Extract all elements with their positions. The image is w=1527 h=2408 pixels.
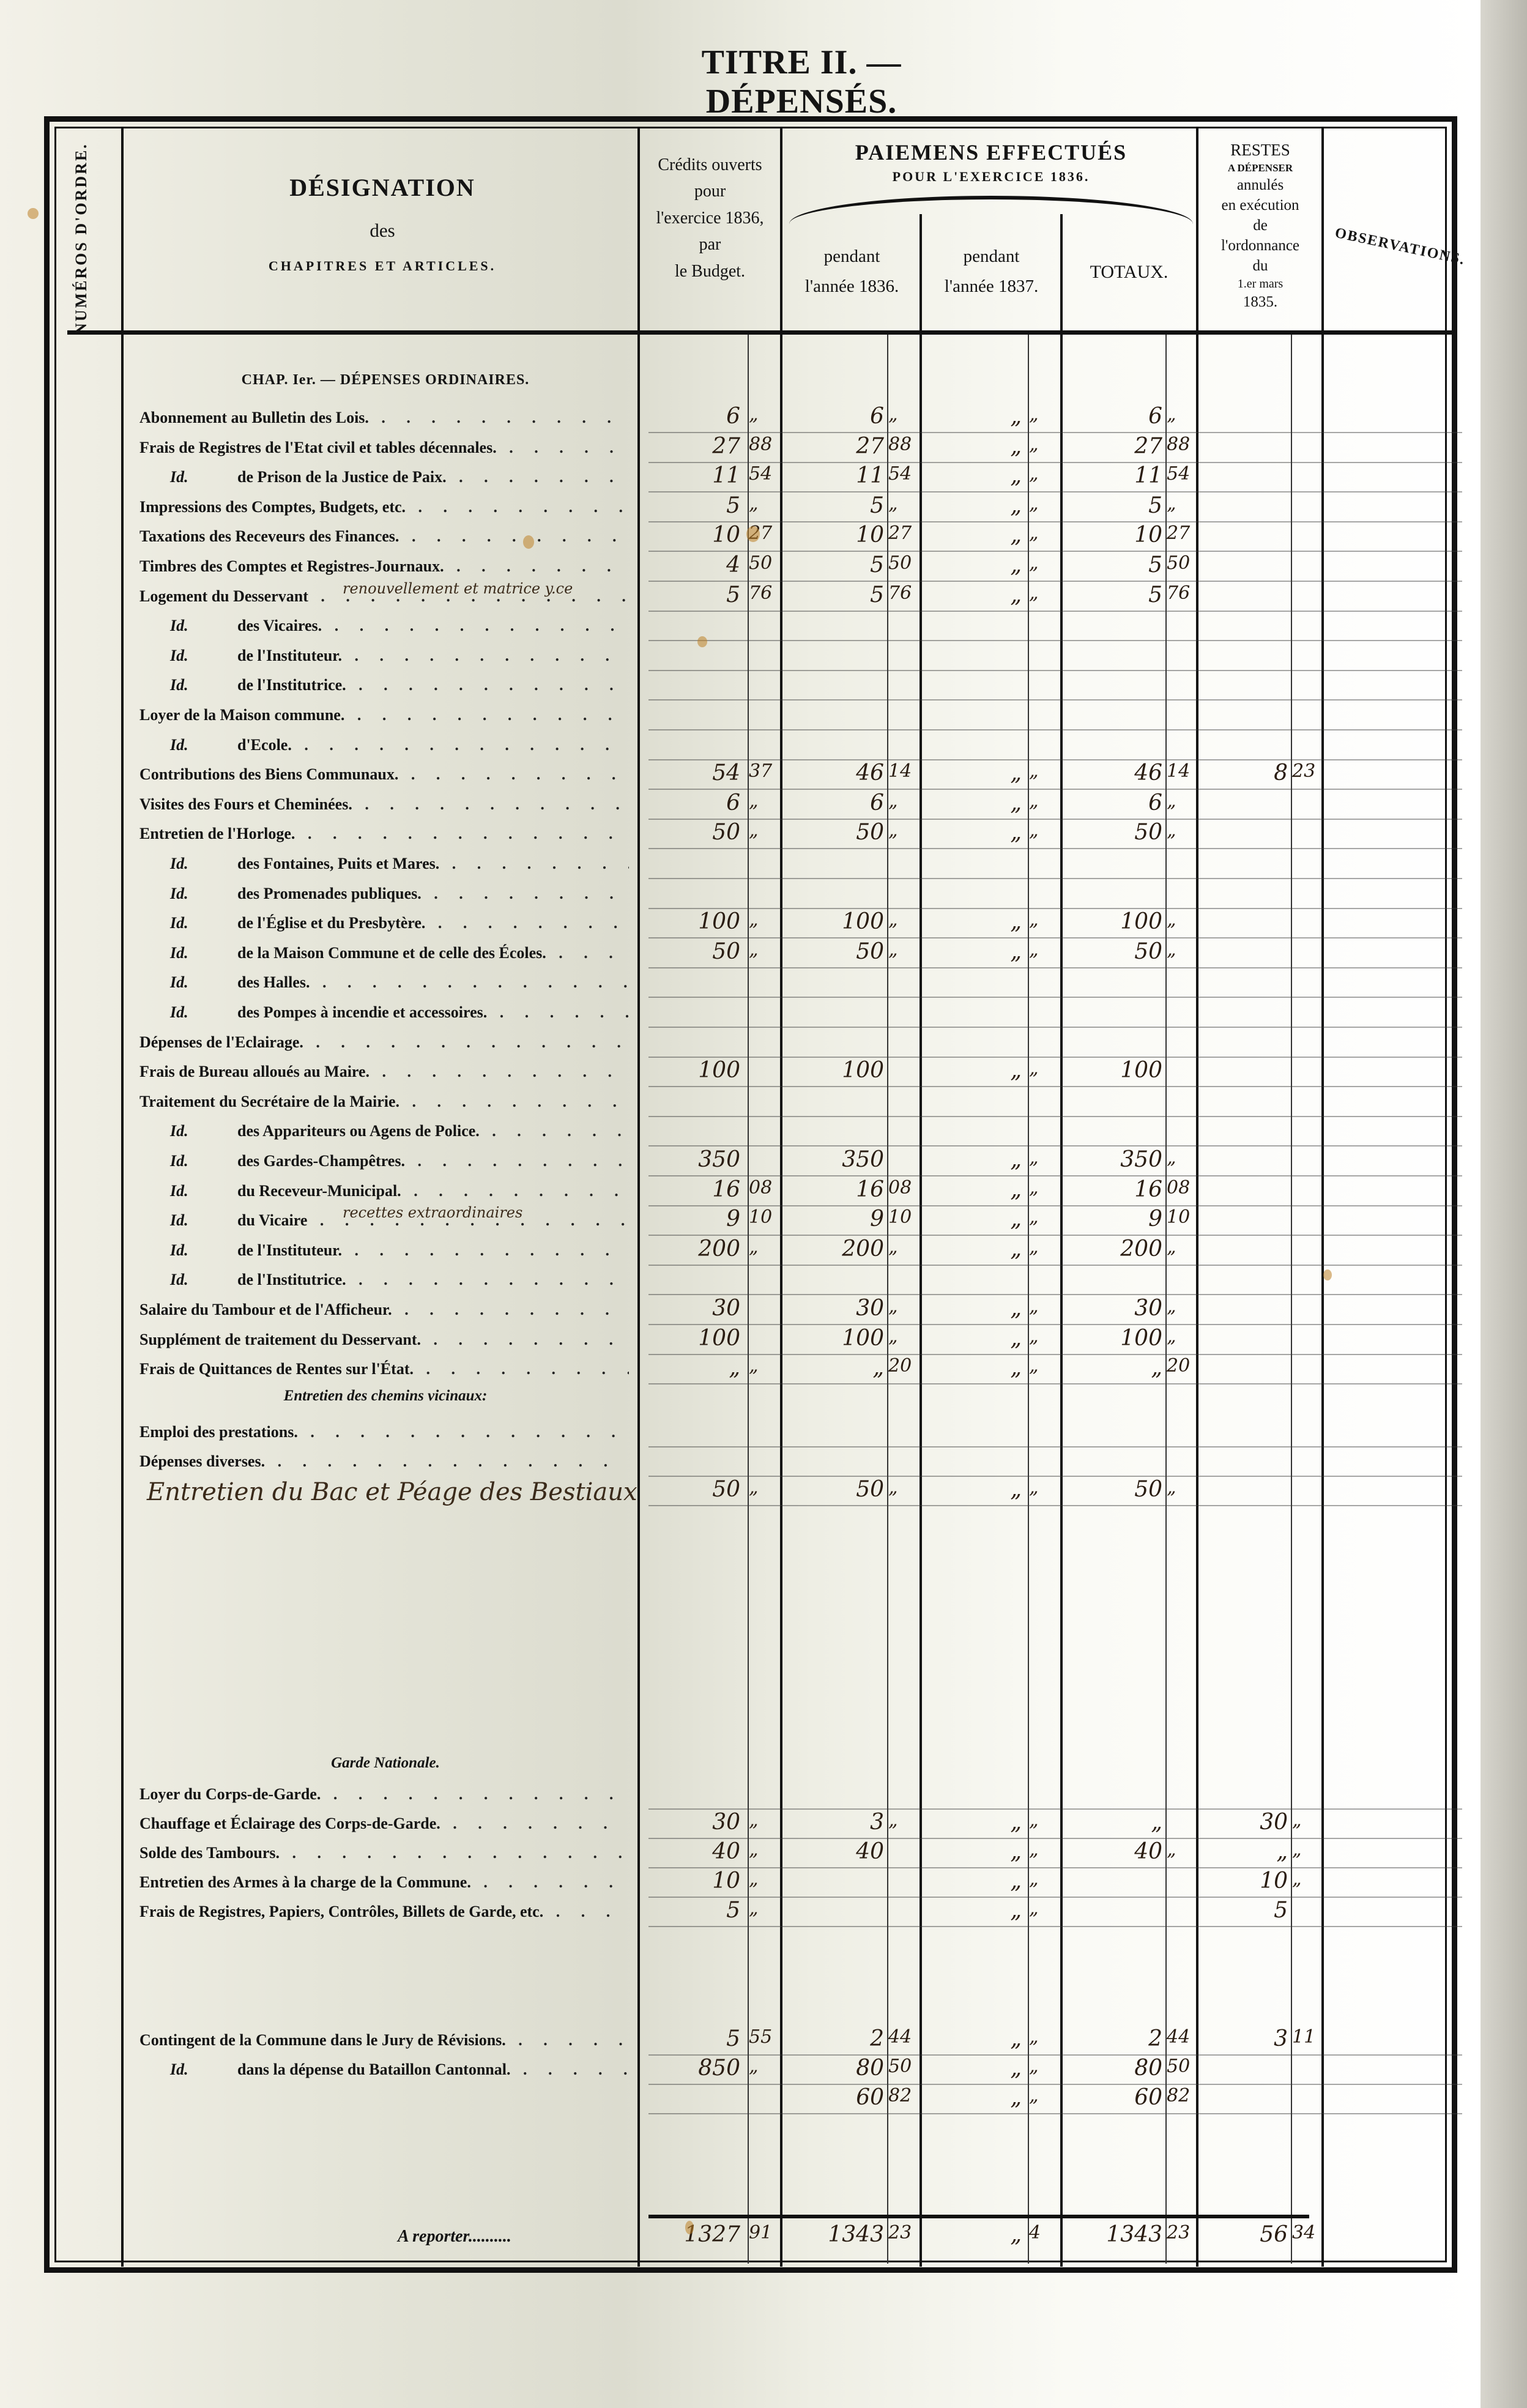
paid-1837-centimes: „ <box>1029 1810 1058 1831</box>
paid-1837-francs: „ <box>930 1355 1022 1380</box>
header-restes-line4: en exécution <box>1199 195 1321 215</box>
paid-1836-francs: 5 <box>789 493 884 518</box>
paid-1837-centimes: „ <box>1029 1177 1058 1198</box>
row-designation: Frais de Quittances de Rentes sur l'État… <box>139 1360 414 1378</box>
total-centimes: 50 <box>1167 552 1196 574</box>
leader-dots: . . . . . . . . . . . . . . . . . . . . … <box>370 1063 629 1080</box>
credit-centimes: „ <box>749 939 778 961</box>
leader-dots: . . . . . . . . . . . . . . . . . . . . … <box>265 1452 629 1470</box>
paid-1837-centimes: „ <box>1029 552 1058 574</box>
total-francs: 16 <box>1068 1177 1162 1202</box>
paid-1837-centimes: „ <box>1029 1868 1058 1890</box>
paid-1837-centimes: „ <box>1029 939 1058 961</box>
credit-centimes: „ <box>749 1236 778 1258</box>
paid-1837-francs: „ <box>930 939 1022 964</box>
row-label: Solde des Tambours. . . . . . . . . . . … <box>139 1844 629 1868</box>
paid-1836-centimes: 27 <box>888 522 918 544</box>
totals-paid-1837-francs: „ <box>930 2222 1022 2247</box>
credit-francs: 10 <box>648 522 740 548</box>
leader-dots: . . . . . . . . . . . . . . . . . . . . … <box>369 409 629 426</box>
paid-1836-francs: 10 <box>789 522 884 548</box>
restes-centimes: „ <box>1292 1810 1320 1831</box>
credit-francs: 6 <box>648 790 740 816</box>
id-abbrev: Id. <box>139 944 237 962</box>
row-label: Abonnement au Bulletin des Lois. . . . .… <box>139 409 629 433</box>
credit-centimes: „ <box>749 1810 778 1831</box>
totals-paid-1836-centimes: 23 <box>888 2222 918 2243</box>
row-designation: de l'Institutrice. <box>237 676 346 694</box>
row-rule <box>648 2113 1462 2114</box>
leader-dots: . . . . . . . . . . . . . . . . . . . . … <box>425 914 629 932</box>
paid-1837-francs: „ <box>930 582 1022 608</box>
leader-dots: . . . . . . . . . . . . . . . . . . . . … <box>439 855 629 872</box>
header-totaux: TOTAUX. <box>1063 260 1195 285</box>
header-bottom-rule <box>67 330 1456 335</box>
paid-1836-centimes: 08 <box>888 1177 918 1198</box>
totals-restes-centimes: 34 <box>1292 2222 1320 2243</box>
paid-1836-francs: 350 <box>789 1147 884 1172</box>
row-rule <box>648 611 1462 612</box>
row-designation: Visites des Fours et Cheminées. <box>139 795 352 813</box>
leader-dots: . . . . . . . . . . . . . . . . . . . . … <box>352 795 629 813</box>
credit-francs: 200 <box>648 1236 740 1262</box>
paid-1836-francs: 30 <box>789 1296 884 1321</box>
credit-francs: 10 <box>648 1868 740 1893</box>
credit-francs: „ <box>648 1355 740 1380</box>
total-francs: 5 <box>1068 493 1162 518</box>
credit-francs: 9 <box>648 1206 740 1232</box>
totals-restes-francs: 56 <box>1202 2222 1288 2247</box>
total-francs: 5 <box>1068 582 1162 608</box>
total-francs: 80 <box>1068 2056 1162 2081</box>
credit-francs: 5 <box>648 493 740 518</box>
header-restes-line5: de <box>1199 215 1321 236</box>
paid-1836-centimes: „ <box>888 404 918 425</box>
leader-dots: . . . . . . . . . . . . . . . . . . . . … <box>399 1093 629 1110</box>
header-designation: DÉSIGNATION des CHAPITRES ET ARTICLES. <box>128 171 636 275</box>
credit-francs: 5 <box>648 2026 740 2051</box>
paid-1837-francs: „ <box>930 404 1022 429</box>
total-francs: 5 <box>1068 552 1162 578</box>
paid-1837-francs: „ <box>930 790 1022 816</box>
credit-centimes: 76 <box>749 582 778 604</box>
total-francs: 50 <box>1068 939 1162 964</box>
row-designation: Dépenses diverses. <box>139 1452 265 1470</box>
credit-centimes: 88 <box>749 434 778 455</box>
leader-dots: . . . . . . . . . . . . . . . . . . . . … <box>346 1271 629 1288</box>
id-abbrev: Id. <box>139 676 237 694</box>
paid-1837-centimes: „ <box>1029 2026 1058 2048</box>
row-rule <box>648 967 1462 968</box>
totals-credit-francs: 1327 <box>648 2222 740 2247</box>
paid-1837-francs: „ <box>930 909 1022 934</box>
total-francs: 9 <box>1068 1206 1162 1232</box>
total-centimes: 10 <box>1167 1206 1196 1228</box>
paid-1837-francs: „ <box>930 1810 1022 1835</box>
leader-dots: . . . . . . . . . . . . . . . . . . . . … <box>344 706 629 724</box>
row-designation: des Fontaines, Puits et Mares. <box>237 855 439 872</box>
total-francs: „ <box>1068 1355 1162 1380</box>
stain <box>28 208 39 219</box>
total-francs: 11 <box>1068 463 1162 488</box>
total-francs: 27 <box>1068 434 1162 459</box>
total-francs: 50 <box>1068 820 1162 845</box>
paid-1837-centimes: „ <box>1029 1058 1058 1079</box>
credit-francs: 27 <box>648 434 740 459</box>
row-designation: Entretien des Armes à la charge de la Co… <box>139 1873 471 1891</box>
row-rule <box>648 1116 1462 1117</box>
total-francs: 40 <box>1068 1839 1162 1864</box>
paid-1836-francs: 50 <box>789 939 884 964</box>
credit-francs: 16 <box>648 1177 740 1202</box>
header-numeros-ordre: NUMÉROS D'ORDRE. <box>72 141 102 336</box>
chapter-heading: CHAP. Ier. — DÉPENSES ORDINAIRES. <box>128 372 642 388</box>
row-designation: de l'Instituteur. <box>237 1241 342 1259</box>
paid-1837-francs: „ <box>930 1898 1022 1923</box>
paid-1837-centimes: „ <box>1029 1236 1058 1258</box>
row-designation: d'Ecole. <box>237 736 292 754</box>
header-pendant-1837-line2: l'année 1837. <box>923 272 1060 302</box>
paid-1837-centimes: „ <box>1029 1296 1058 1317</box>
row-designation: Loyer de la Maison commune. <box>139 706 344 724</box>
paid-1836-francs: 200 <box>789 1236 884 1262</box>
paid-1836-francs: 11 <box>789 463 884 488</box>
id-abbrev: Id. <box>139 1122 237 1140</box>
leader-dots: . . . . . . . . . . . . . . . . . . . . … <box>422 885 629 902</box>
header-designation-line2: des <box>128 218 636 243</box>
paid-1836-francs: 100 <box>789 1058 884 1083</box>
row-label: Traitement du Secrétaire de la Mairie. .… <box>139 1093 629 1117</box>
totals-paid-1837-centimes: 4 <box>1029 2222 1058 2243</box>
paid-1836-centimes: „ <box>888 820 918 841</box>
stain <box>685 2221 694 2234</box>
credit-francs: 100 <box>648 1326 740 1351</box>
header-restes-line7: du <box>1199 256 1321 276</box>
row-designation: Chauffage et Éclairage des Corps-de-Gard… <box>139 1815 440 1832</box>
header-restes-line1: RESTES <box>1199 139 1321 162</box>
row-rule <box>648 640 1462 641</box>
row-label: Id.de l'Instituteur. . . . . . . . . . .… <box>139 647 629 671</box>
restes-centimes: „ <box>1292 1868 1320 1890</box>
leader-dots: . . . . . . . . . . . . . . . . . . . . … <box>303 1033 629 1051</box>
leader-dots: . . . . . . . . . . . . . . . . . . . . … <box>440 1815 629 1832</box>
id-abbrev: Id. <box>139 1152 237 1170</box>
credit-francs: 30 <box>648 1810 740 1835</box>
row-designation: Supplément de traitement du Desservant. <box>139 1331 421 1348</box>
paid-1837-centimes: „ <box>1029 790 1058 812</box>
header-paiemens: PAIEMENS EFFECTUÉS POUR L'EXERCICE 1836. <box>783 138 1199 185</box>
credit-centimes: „ <box>749 790 778 812</box>
header-credits-line1: Crédits ouverts <box>641 152 779 178</box>
restes-centimes: 11 <box>1292 2026 1320 2048</box>
id-abbrev: Id. <box>139 1003 237 1022</box>
row-designation: de l'Instituteur. <box>237 647 342 664</box>
header-pendant-1837-line1: pendant <box>923 242 1060 272</box>
row-designation: des Promenades publiques. <box>237 885 422 902</box>
paid-1837-centimes: „ <box>1029 463 1058 485</box>
row-rule <box>648 848 1462 849</box>
paid-1836-francs: 100 <box>789 1326 884 1351</box>
paid-1836-francs: 2 <box>789 2026 884 2051</box>
restes-francs: 30 <box>1202 1810 1288 1835</box>
paid-1836-centimes: „ <box>888 1326 918 1347</box>
row-designation: Taxations des Receveurs des Finances. <box>139 527 399 545</box>
paid-1836-centimes: 10 <box>888 1206 918 1228</box>
section-garde-nationale: Garde Nationale. <box>128 1755 642 1772</box>
paid-1837-francs: „ <box>930 1177 1022 1202</box>
credit-centimes: „ <box>749 1898 778 1919</box>
paid-1837-francs: „ <box>930 2026 1022 2051</box>
row-label: Entretien de l'Horloge. . . . . . . . . … <box>139 825 629 849</box>
leader-dots: . . . . . . . . . . . . . . . . . . . . … <box>298 1423 629 1441</box>
a-reporter-label: A reporter.......... <box>398 2227 511 2246</box>
paid-1836-centimes: „ <box>888 493 918 515</box>
leader-dots: . . . . . . . . . . . . . . . . . . . . … <box>480 1122 629 1140</box>
row-label: Id.d'Ecole. . . . . . . . . . . . . . . … <box>139 736 629 760</box>
row-rule <box>648 699 1462 700</box>
row-label: Loyer du Corps-de-Garde. . . . . . . . .… <box>139 1785 629 1810</box>
paid-1836-francs: 5 <box>789 552 884 578</box>
leader-dots: . . . . . . . . . . . . . . . . . . . . … <box>280 1844 629 1862</box>
credit-francs: 100 <box>648 909 740 934</box>
row-designation: de l'Institutrice. <box>237 1271 346 1288</box>
leader-dots: . . . . . . . . . . . . . . . . . . . . … <box>414 1360 629 1378</box>
paid-1837-centimes: „ <box>1029 582 1058 604</box>
credit-francs: 5 <box>648 1898 740 1923</box>
paid-1836-francs: 50 <box>789 820 884 845</box>
total-francs: 6 <box>1068 404 1162 429</box>
total-centimes: „ <box>1167 1236 1196 1258</box>
paid-1837-centimes: „ <box>1029 1147 1058 1169</box>
row-label: Id.des Vicaires. . . . . . . . . . . . .… <box>139 617 629 641</box>
total-francs: 200 <box>1068 1236 1162 1262</box>
header-credits-line5: le Budget. <box>641 258 779 284</box>
row-rule <box>648 670 1462 671</box>
row-label: Visites des Fours et Cheminées. . . . . … <box>139 795 629 820</box>
paid-1837-francs: „ <box>930 1206 1022 1232</box>
row-label: Id.des Pompes à incendie et accessoires.… <box>139 1003 629 1028</box>
leader-dots: . . . . . . . . . . . . . . . . . . . . … <box>399 527 629 545</box>
total-centimes: 88 <box>1167 434 1196 455</box>
total-centimes: „ <box>1167 1296 1196 1317</box>
credit-francs: 6 <box>648 404 740 429</box>
paid-1836-centimes: „ <box>888 790 918 812</box>
row-designation: Logement du Desservant <box>139 587 308 605</box>
id-abbrev: Id. <box>139 2061 237 2079</box>
row-label: Chauffage et Éclairage des Corps-de-Gard… <box>139 1815 629 1839</box>
paid-1837-francs: „ <box>930 434 1022 459</box>
row-label: Id.dans la dépense du Bataillon Cantonna… <box>139 2061 629 2085</box>
paid-1837-centimes: „ <box>1029 493 1058 515</box>
row-designation: de la Maison Commune et de celle des Éco… <box>237 944 546 962</box>
paid-1836-centimes: 50 <box>888 2056 918 2077</box>
total-centimes: „ <box>1167 1839 1196 1860</box>
row-label: Frais de Quittances de Rentes sur l'État… <box>139 1360 629 1384</box>
paid-1837-francs: „ <box>930 1326 1022 1351</box>
row-label: Dépenses de l'Eclairage. . . . . . . . .… <box>139 1033 629 1058</box>
leader-dots: . . . . . . . . . . . . . . . . . . . . … <box>342 647 629 664</box>
paid-1837-francs: „ <box>930 820 1022 845</box>
col-divider-credits <box>780 128 782 2267</box>
leader-dots: . . . . . . . . . . . . . . . . . . . . … <box>398 765 629 783</box>
stain <box>697 636 707 647</box>
total-centimes: 50 <box>1167 2056 1196 2077</box>
header-credits-line2: pour <box>641 178 779 204</box>
restes-centimes: „ <box>1292 1839 1320 1860</box>
total-francs: 50 <box>1068 1477 1162 1502</box>
paid-1836-centimes: „ <box>888 1236 918 1258</box>
credit-centimes: 50 <box>749 552 778 574</box>
id-abbrev: Id. <box>139 617 237 635</box>
paid-1837-francs: „ <box>930 1058 1022 1083</box>
credit-centimes: „ <box>749 1868 778 1890</box>
leader-dots: . . . . . . . . . . . . . . . . . . . . … <box>510 2061 629 2078</box>
id-abbrev: Id. <box>139 914 237 932</box>
header-paiemens-line2: POUR L'EXERCICE 1836. <box>783 168 1199 186</box>
totals-rule <box>648 2215 1309 2218</box>
row-label: Id.de l'Instituteur. . . . . . . . . . .… <box>139 1241 629 1266</box>
paid-1836-francs: 16 <box>789 1177 884 1202</box>
row-designation: Contributions des Biens Communaux. <box>139 765 398 783</box>
credit-centimes: „ <box>749 404 778 425</box>
paid-1836-francs: 3 <box>789 1810 884 1835</box>
row-designation: Loyer du Corps-de-Garde. <box>139 1785 321 1803</box>
paid-1836-francs: 50 <box>789 1477 884 1502</box>
total-centimes: „ <box>1167 820 1196 841</box>
leader-dots: . . . . . . . . . . . . . . . . . . . . … <box>421 1331 629 1348</box>
header-designation-line3: CHAPITRES ET ARTICLES. <box>128 257 636 275</box>
header-paiemens-line1: PAIEMENS EFFECTUÉS <box>783 138 1199 168</box>
leader-dots: . . . . . . . . . . . . . . . . . . . . … <box>322 617 629 634</box>
paid-1836-francs: 6 <box>789 790 884 816</box>
paid-1836-centimes: „ <box>888 909 918 931</box>
credit-centimes: „ <box>749 1355 778 1377</box>
totals-total-centimes: 23 <box>1167 2222 1196 2243</box>
leader-dots: . . . . . . . . . . . . . . . . . . . . … <box>310 973 629 991</box>
row-designation: des Gardes-Champêtres. <box>237 1152 405 1170</box>
paid-1837-francs: „ <box>930 760 1022 786</box>
header-restes-line9: 1835. <box>1199 292 1321 312</box>
totals-total-francs: 1343 <box>1068 2222 1162 2247</box>
row-label: Entretien des Armes à la charge de la Co… <box>139 1873 629 1898</box>
paid-1836-centimes: 76 <box>888 582 918 604</box>
paid-1836-centimes: 82 <box>888 2085 918 2106</box>
header-designation-line1: DÉSIGNATION <box>128 171 636 204</box>
total-francs: 100 <box>1068 909 1162 934</box>
paid-1836-francs: 80 <box>789 2056 884 2081</box>
paid-1836-francs: 46 <box>789 760 884 786</box>
stain <box>1323 1269 1332 1280</box>
credit-francs: 50 <box>648 1477 740 1502</box>
paid-1836-francs: 5 <box>789 582 884 608</box>
header-credits-line3: l'exercice 1836, <box>641 205 779 231</box>
total-centimes: „ <box>1167 493 1196 515</box>
paid-1836-francs: „ <box>789 1355 884 1380</box>
row-label: Salaire du Tambour et de l'Afficheur. . … <box>139 1301 629 1325</box>
total-centimes: „ <box>1167 939 1196 961</box>
col-divider-totaux <box>1196 128 1198 2267</box>
paid-1837-francs: „ <box>930 1147 1022 1172</box>
leader-dots: . . . . . . . . . . . . . . . . . . . . … <box>292 736 629 754</box>
paid-1837-centimes: „ <box>1029 820 1058 841</box>
leader-dots: . . . . . . . . . . . . . . . . . . . . … <box>392 1301 629 1318</box>
row-rule <box>648 729 1462 730</box>
header-restes-line6: l'ordonnance <box>1199 236 1321 256</box>
leader-dots: . . . . . . . . . . . . . . . . . . . . … <box>506 2031 629 2049</box>
header-pendant-1836: pendant l'année 1836. <box>783 242 921 302</box>
row-designation: de l'Église et du Presbytère. <box>237 914 425 932</box>
header-pendant-1836-line1: pendant <box>783 242 921 272</box>
paid-1837-centimes: „ <box>1029 2085 1058 2106</box>
subcol-divider-restes <box>1291 330 1292 2264</box>
leader-dots: . . . . . . . . . . . . . . . . . . . . … <box>546 944 629 962</box>
adjacent-page-edge <box>1481 0 1527 2408</box>
total-centimes: „ <box>1167 1326 1196 1347</box>
total-centimes: 08 <box>1167 1177 1196 1198</box>
total-francs: 6 <box>1068 790 1162 816</box>
paid-1836-centimes: „ <box>888 1477 918 1498</box>
row-designation: Traitement du Secrétaire de la Mairie. <box>139 1093 399 1110</box>
section-chemins-vicinaux: Entretien des chemins vicinaux: <box>128 1388 642 1405</box>
total-centimes: 44 <box>1167 2026 1196 2048</box>
total-centimes: 76 <box>1167 582 1196 604</box>
page-title: TITRE II. — DÉPENSÉS. <box>606 43 997 121</box>
row-rule <box>648 1505 1462 1506</box>
total-francs: 46 <box>1068 760 1162 786</box>
id-abbrev: Id. <box>139 1241 237 1260</box>
paid-1837-francs: „ <box>930 1868 1022 1893</box>
credit-centimes: „ <box>749 2056 778 2077</box>
row-label: Frais de Bureau alloués au Maire. . . . … <box>139 1063 629 1087</box>
id-abbrev: Id. <box>139 1182 237 1200</box>
row-rule <box>648 1086 1462 1087</box>
row-designation: Impressions des Comptes, Budgets, etc. <box>139 498 406 516</box>
paid-1836-centimes: „ <box>888 1810 918 1831</box>
total-francs: 30 <box>1068 1296 1162 1321</box>
paid-1836-francs: 100 <box>789 909 884 934</box>
credit-centimes: 54 <box>749 463 778 485</box>
credit-francs: 50 <box>648 939 740 964</box>
stain <box>523 535 534 549</box>
id-abbrev: Id. <box>139 468 237 486</box>
row-designation: Frais de Registres de l'Etat civil et ta… <box>139 439 497 456</box>
leader-dots: . . . . . . . . . . . . . . . . . . . . … <box>497 439 629 456</box>
row-label: Taxations des Receveurs des Finances. . … <box>139 527 629 552</box>
restes-francs: 8 <box>1202 760 1288 786</box>
leader-dots: . . . . . . . . . . . . . . . . . . . . … <box>471 1873 629 1891</box>
total-centimes: „ <box>1167 790 1196 812</box>
paid-1836-francs: 60 <box>789 2085 884 2110</box>
total-francs: 100 <box>1068 1058 1162 1083</box>
paid-1836-francs: 9 <box>789 1206 884 1232</box>
totals-credit-centimes: 91 <box>749 2222 778 2243</box>
row-rule <box>648 878 1462 879</box>
row-designation: des Halles. <box>237 973 310 991</box>
stain <box>746 526 760 542</box>
leader-dots: . . . . . . . . . . . . . . . . . . . . … <box>487 1003 629 1021</box>
row-label: Impressions des Comptes, Budgets, etc. .… <box>139 498 629 522</box>
col-divider-designation <box>637 128 640 2267</box>
row-rule <box>648 1027 1462 1028</box>
paid-1836-centimes: 44 <box>888 2026 918 2048</box>
paid-1837-francs: „ <box>930 1477 1022 1502</box>
credit-francs: 40 <box>648 1839 740 1864</box>
row-label: Id.de Prison de la Justice de Paix. . . … <box>139 468 629 492</box>
paid-1836-centimes: 14 <box>888 760 918 782</box>
paid-1837-francs: „ <box>930 1839 1022 1864</box>
row-designation: Abonnement au Bulletin des Lois. <box>139 409 369 426</box>
row-designation: Entretien de l'Horloge. <box>139 825 295 842</box>
